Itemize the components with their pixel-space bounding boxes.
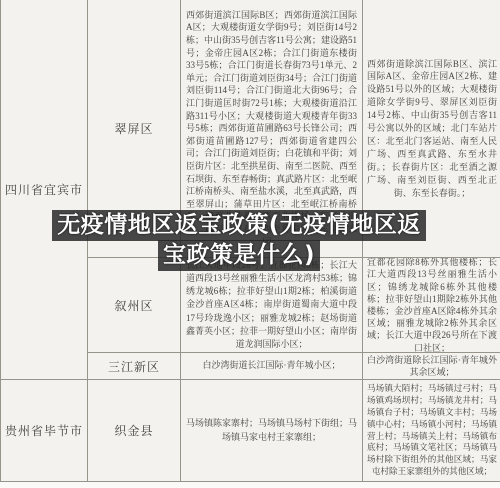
province-cell-sichuan-yibin: 四川省宜宾市	[1, 0, 88, 380]
zones-text-sanjiang: 白沙湾街道长江国际·青年城小区；	[186, 359, 357, 372]
watermark-title-line2: 宝政策是什么)	[0, 240, 478, 270]
province-cell-guizhou-bijie: 贵州省毕节市	[1, 380, 88, 482]
other-areas-text-xuzhou: 宜都花园除8栋外其他楼栋；长江大道西段13号丝丽雅生活小区；锦绣龙城除6栋外其他…	[367, 258, 497, 353]
district-cell-sanjiang: 三江新区	[88, 353, 181, 380]
zones-text-zhijin: 马场镇陈家寨村；马场镇马场村下街组；马场镇马家屯村王家寨组；	[186, 417, 357, 443]
page: 四川省宜宾市 翠屏区 西郊街道滨江国际B区；西郊街道滨江国际A区；大观楼街道女学…	[0, 0, 500, 488]
other-areas-text-cuiping: 西郊街道除滨江国际B区、滨江国际A区、金帝庄园A区2栋、建设路51号以外的区域；…	[367, 58, 497, 200]
zones-text-xuzhou: 长江大道甲段26号；宜都花园8栋；长江大道西段13号丝丽雅生活小区龙湾村53栋；…	[186, 259, 357, 351]
zones-cell-sanjiang: 白沙湾街道长江国际·青年城小区；	[181, 353, 363, 380]
zones-cell-zhijin: 马场镇陈家寨村；马场镇马场村下街组；马场镇马家屯村王家寨组；	[181, 380, 363, 482]
other-areas-cell-xuzhou: 宜都花园除8栋外其他楼栋；长江大道西段13号丝丽雅生活小区；锦绣龙城除6栋外其他…	[363, 258, 500, 353]
other-areas-cell-sanjiang: 白沙湾街道除长江国际·青年城外其余区域；	[363, 353, 500, 380]
district-cell-zhijin: 织金县	[88, 380, 181, 482]
zones-cell-xuzhou: 长江大道甲段26号；宜都花园8栋；长江大道西段13号丝丽雅生活小区龙湾村53栋；…	[181, 258, 363, 353]
watermark-title: 无疫情地区返宝政策(无疫情地区返 宝政策是什么)	[0, 210, 478, 270]
district-cell-xuzhou: 叙州区	[88, 258, 181, 353]
other-areas-text-sanjiang: 白沙湾街道除长江国际·青年城外其余区域；	[367, 354, 497, 379]
other-areas-text-zhijin: 马场镇大陌村；马场镇过弓村；马场镇鸡场坝村；马场镇龙井村；马场镇台子村；马场镇文…	[367, 383, 497, 478]
other-areas-cell-zhijin: 马场镇大陌村；马场镇过弓村；马场镇鸡场坝村；马场镇龙井村；马场镇台子村；马场镇文…	[363, 380, 500, 482]
watermark-title-line1: 无疫情地区返宝政策(无疫情地区返	[0, 210, 478, 240]
